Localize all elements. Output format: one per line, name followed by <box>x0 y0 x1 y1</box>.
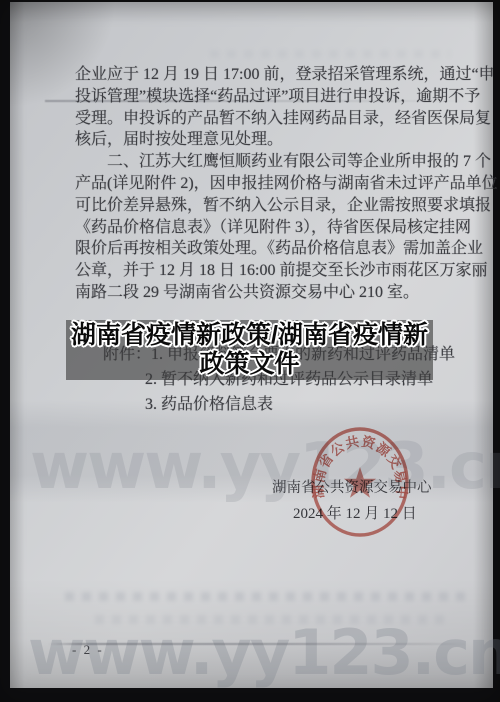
overlay-title-banner: 湖南省疫情新政策/湖南省疫情新政策文件 <box>66 320 433 380</box>
seal-star-icon <box>344 467 376 498</box>
body-text-line: 受理。申投诉的产品暂不纳入挂网药品目录，经省医保局复 <box>75 108 477 130</box>
attachment-line-3: 3. 药品价格信息表 <box>145 391 273 414</box>
body-text-line: 《药品价格信息表》（详见附件 3），待省医保局核定挂网 <box>75 217 477 239</box>
overlay-title-text: 湖南省疫情新政策/湖南省疫情新政策文件 <box>66 321 433 379</box>
body-text-line: 可比价差异悬殊，暂不纳入公示目录，企业需按照要求填报 <box>75 195 477 217</box>
footer-divider <box>48 643 468 645</box>
bleedthrough-row <box>210 50 450 58</box>
body-text-line: 核后，届时按处理意见处理。 <box>75 129 477 151</box>
body-paragraph: 企业应于 12 月 19 日 17:00 前，登录招采管理系统，通过“申 投诉管… <box>75 64 477 304</box>
body-text-line: 限价后再按相关政策处理。《药品价格信息表》需加盖企业 <box>75 238 477 260</box>
body-text-line: 产品(详见附件 2)，因申报挂网价格与湖南省未过评产品单位 <box>75 173 477 195</box>
seal-arc-text: 湖南省公共资源交易中心 <box>290 407 410 501</box>
official-seal: 湖南省公共资源交易中心 <box>290 407 430 557</box>
body-text-line: 二、江苏大红鹰恒顺药业有限公司等企业所申报的 7 个 <box>75 151 477 173</box>
body-text-line: 公章，并于 12 月 18 日 16:00 前提交至长沙市雨花区万家丽 <box>75 260 477 282</box>
body-text-line: 企业应于 12 月 19 日 17:00 前，登录招采管理系统，通过“申 <box>75 64 477 86</box>
page-number: - 2 - <box>72 642 104 658</box>
body-text-line: 南路二段 29 号湖南省公共资源交易中心 210 室。 <box>75 282 477 304</box>
bleedthrough-row <box>65 592 465 601</box>
document-photo: 企业应于 12 月 19 日 17:00 前，登录招采管理系统，通过“申 投诉管… <box>0 0 500 702</box>
body-text-line: 投诉管理”模块选择“药品过评”项目进行申投诉，逾期不予 <box>75 86 477 108</box>
